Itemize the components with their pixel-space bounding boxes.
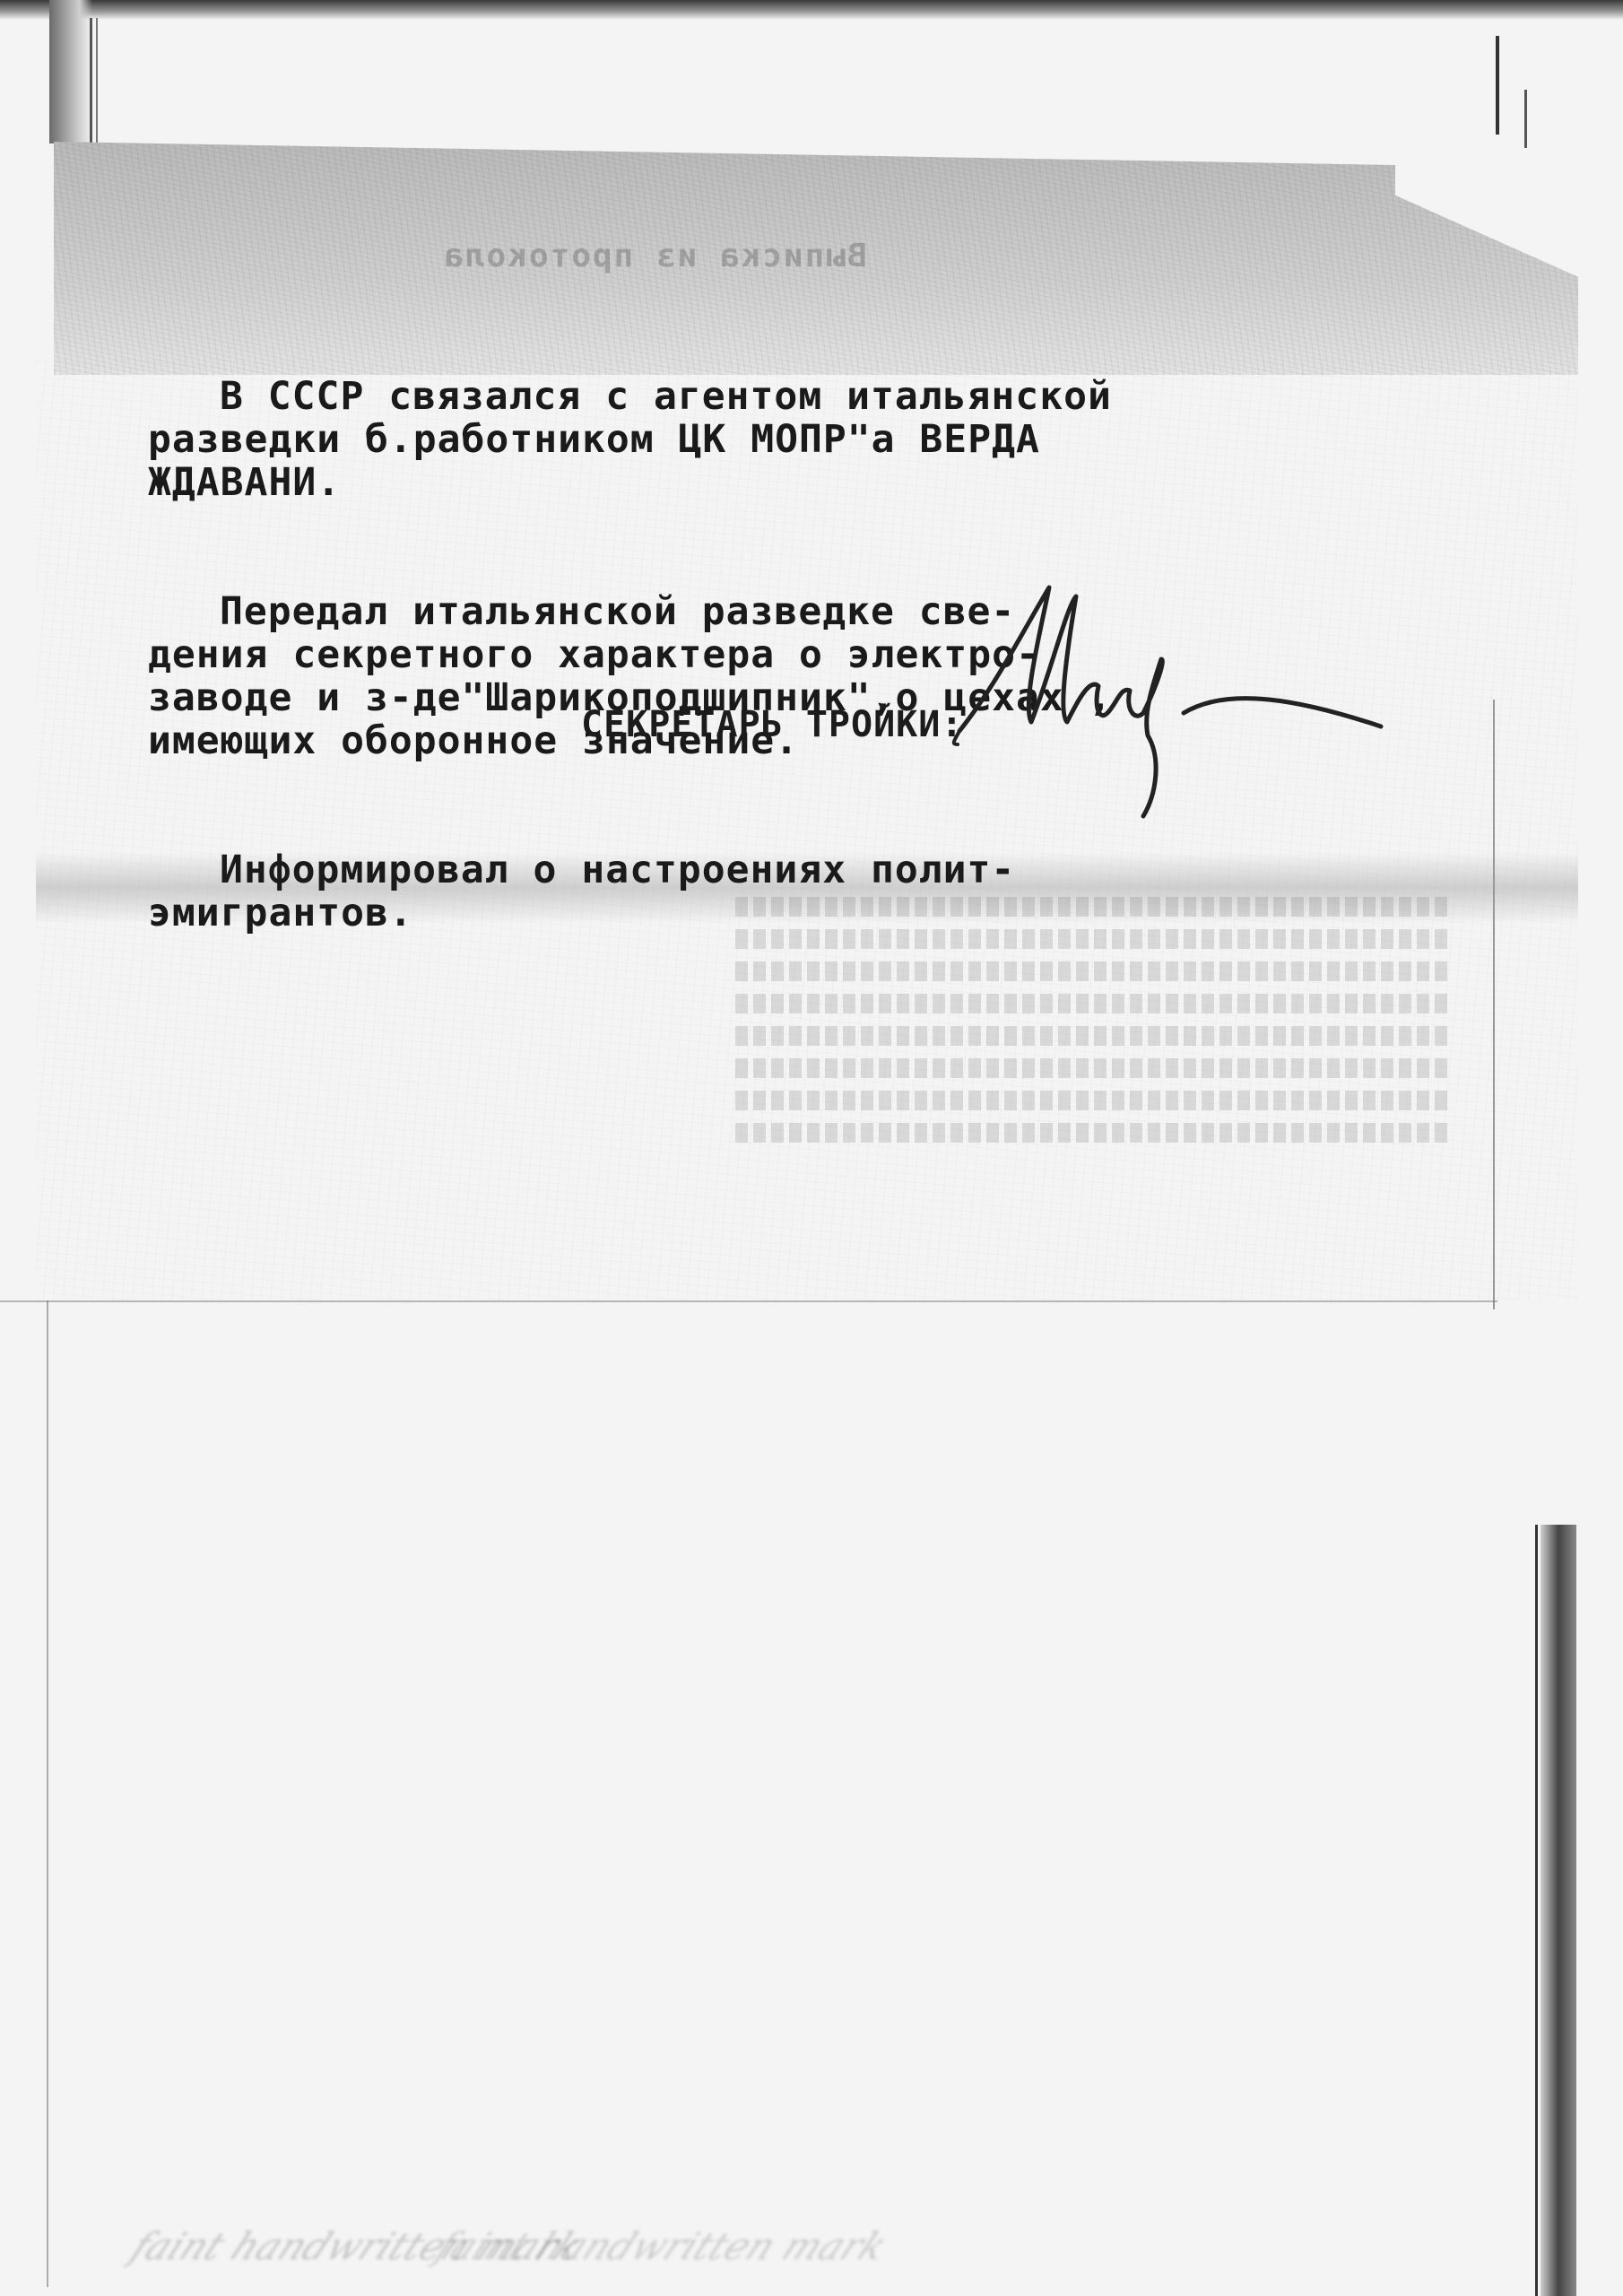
text-line: разведки б.работником ЦК МОПР"а ВЕРДА xyxy=(148,417,1040,462)
bleed-through-header: Выписка из протокола xyxy=(421,238,888,274)
text-line: Информировал о настроениях полит- xyxy=(148,848,1015,892)
text-line: эмигрантов. xyxy=(148,891,413,935)
scan-left-border-line xyxy=(96,18,98,143)
scan-top-edge xyxy=(0,0,1623,20)
text-line: дения секретного характера о электро- xyxy=(148,632,1040,677)
overlay-sheet-right-border xyxy=(1493,700,1495,1309)
faint-handwritten-mark: faint handwritten mark xyxy=(430,2224,895,2268)
text-line: ЖДАВАНИ. xyxy=(148,460,341,505)
overlay-sheet-bottom-border xyxy=(0,1300,1497,1302)
handwritten-signature-icon xyxy=(942,578,1390,821)
scan-left-edge-shadow xyxy=(49,0,92,143)
scan-right-edge-line xyxy=(1535,1525,1538,2296)
scan-right-mark xyxy=(1524,90,1527,148)
secretary-label: СЕКРЕТАРЬ ТРОЙКИ: xyxy=(581,704,963,745)
paragraph-contact: В СССР связался с агентом итальянской ра… xyxy=(148,375,1113,504)
scan-left-edge-line xyxy=(47,1300,48,2287)
text-line: В СССР связался с агентом итальянской xyxy=(148,374,1112,419)
scan-right-mark xyxy=(1496,36,1499,135)
text-line: Передал итальянской разведке све- xyxy=(148,589,1015,634)
paragraph-informed: Информировал о настроениях полит- эмигра… xyxy=(148,848,1113,935)
scan-left-border-line xyxy=(90,18,92,143)
scan-right-edge-shadow xyxy=(1541,1525,1576,2296)
